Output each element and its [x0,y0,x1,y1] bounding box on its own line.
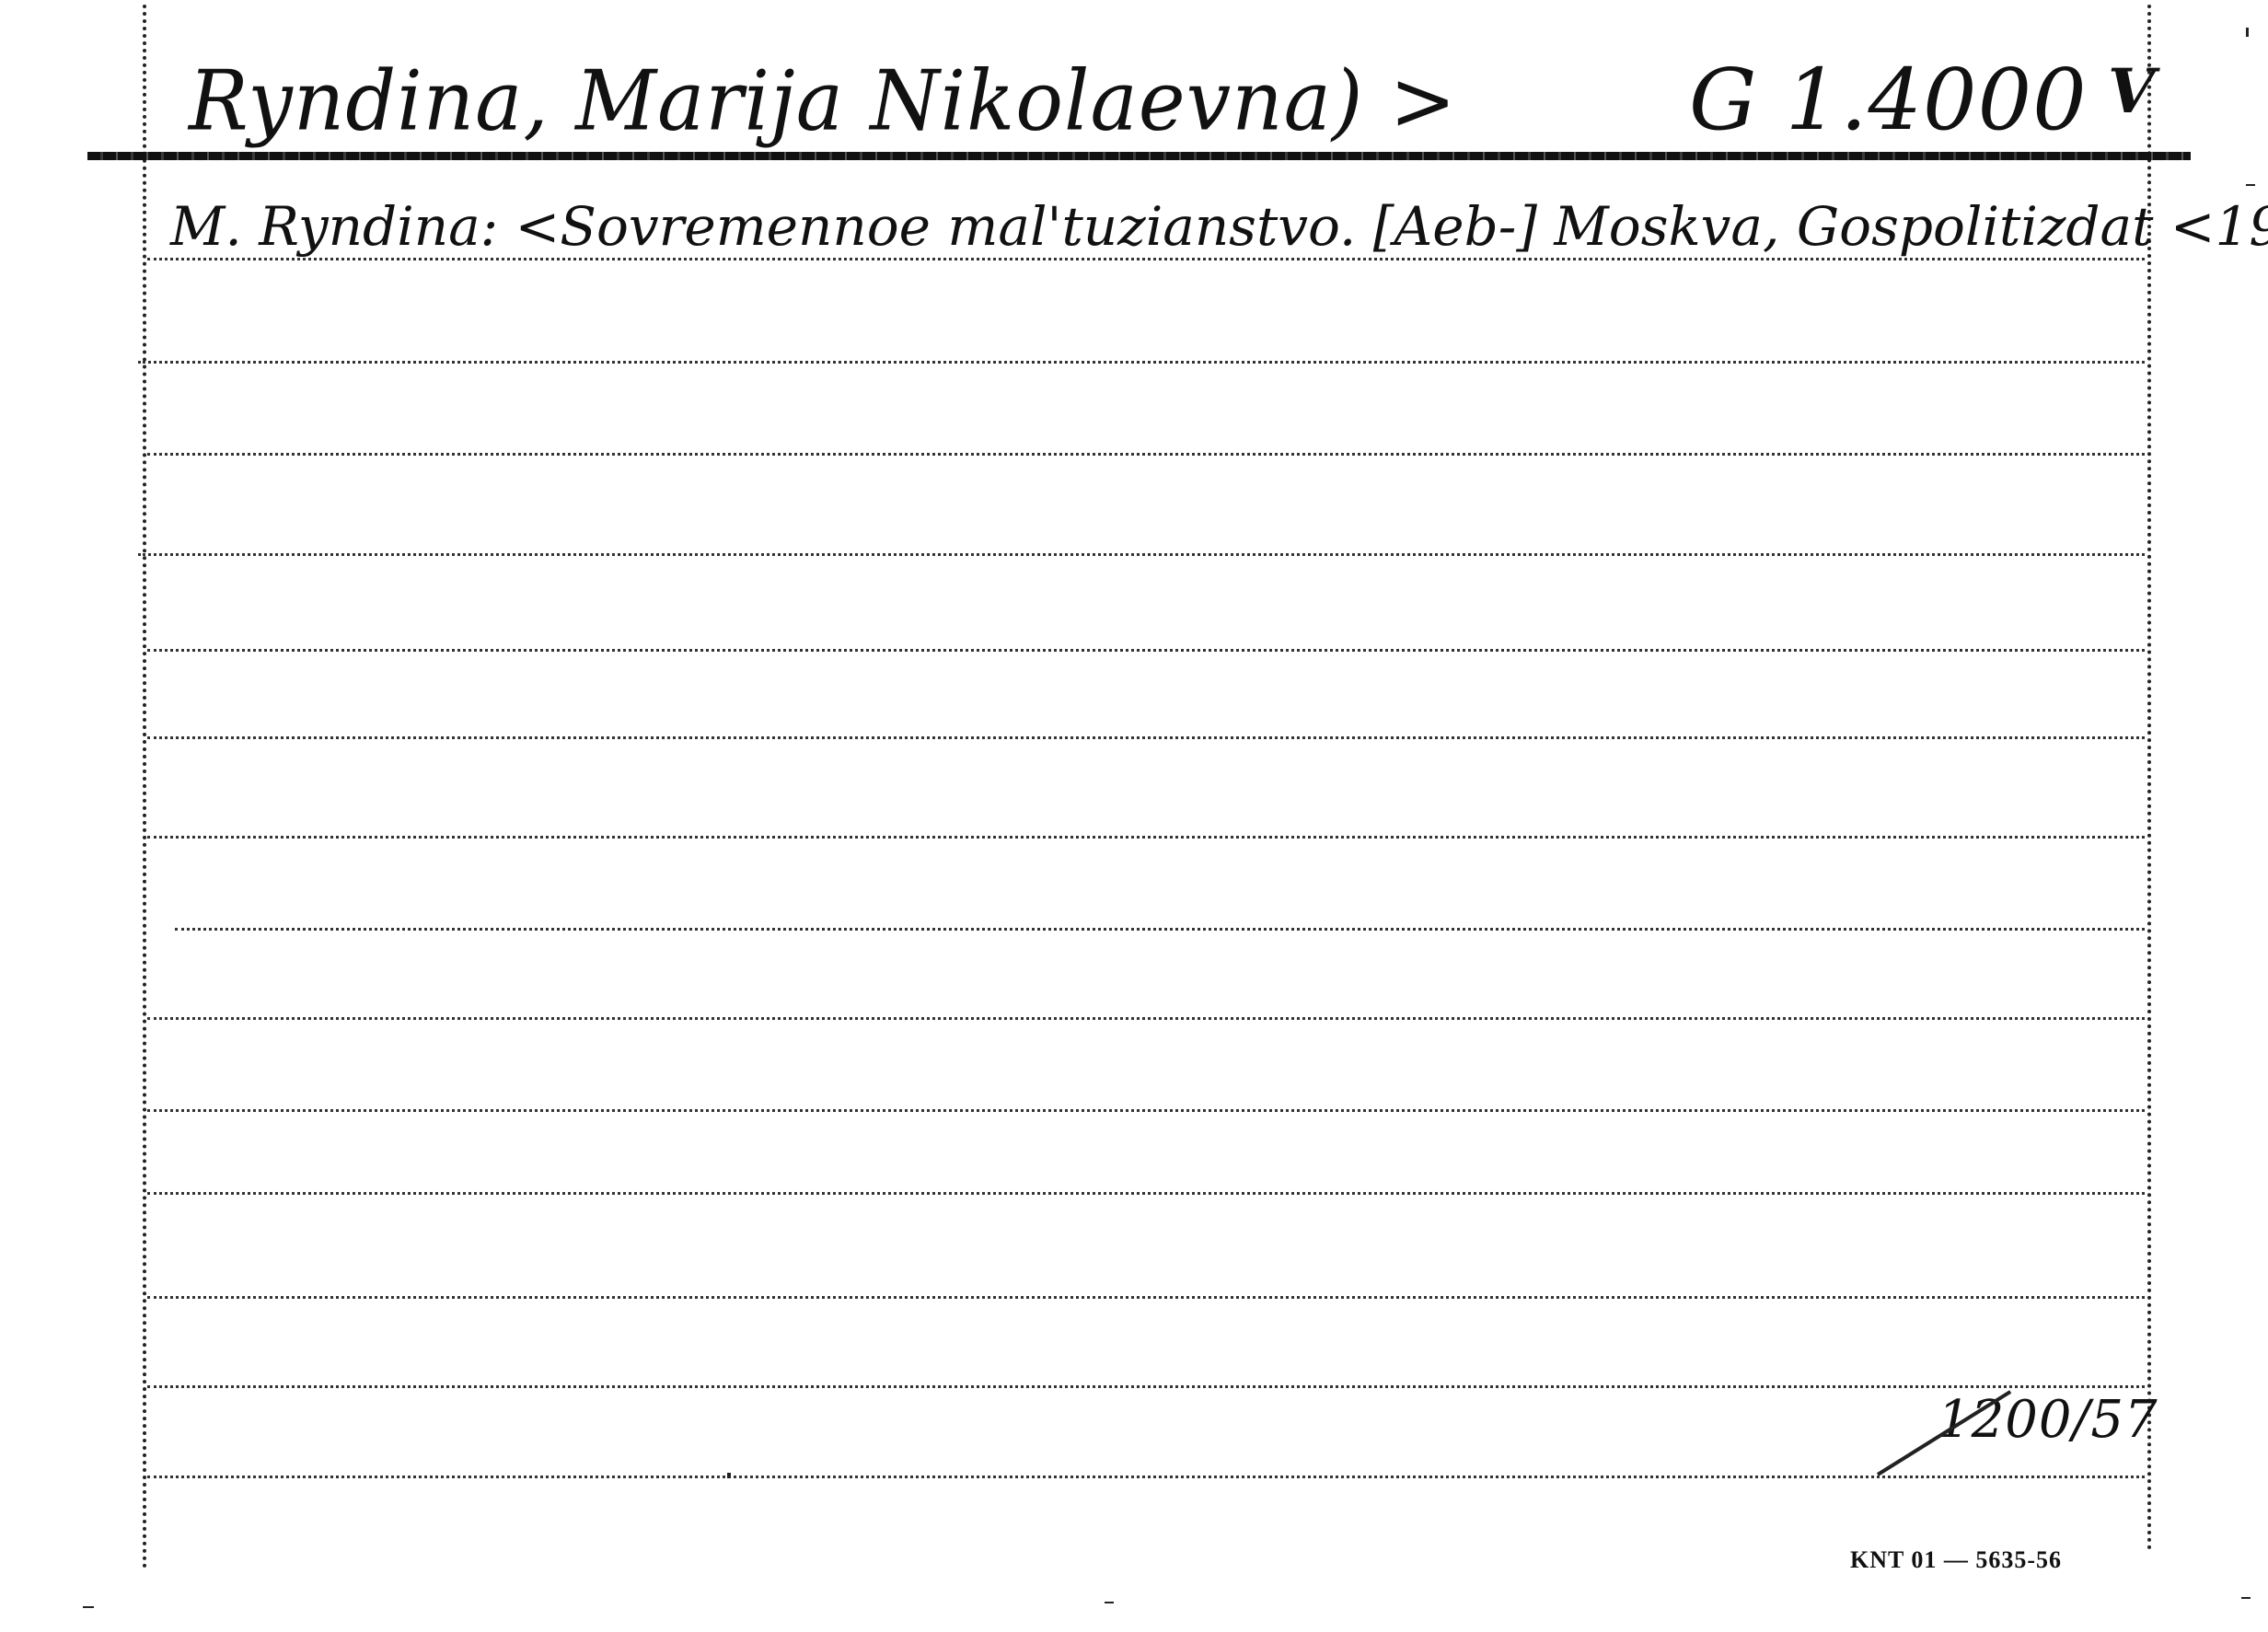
ruled-line [175,928,2145,931]
scan-speck [2241,1597,2251,1599]
ruled-line [147,258,2145,260]
ruled-line [147,1385,2145,1388]
scan-speck [2246,28,2249,37]
ruled-line [147,1109,2145,1112]
scan-speck [2246,184,2255,186]
ruled-line [138,553,2145,556]
ruled-line [147,1296,2145,1299]
card-left-border [143,5,146,1569]
author-heading: Ryndina, Marija Nikolaevna) > [189,53,1457,150]
title-entry: M. Ryndina: <Sovremennoe mal'tuzianstvo.… [170,195,2268,258]
ruled-line [147,736,2145,739]
call-number: G 1.4000 [1689,51,2088,149]
ruled-line [147,1192,2145,1195]
catalog-card: Ryndina, Marija Nikolaevna) > G 1.4000 V… [0,0,2268,1632]
ruled-line [147,453,2145,456]
check-mark: V [2108,55,2156,127]
ruled-line [147,1476,2145,1478]
scan-speck [727,1473,731,1478]
accession-number: 1200/57 [1938,1390,2158,1450]
ruled-line [147,836,2145,839]
ruled-line [147,649,2145,652]
ruled-line [138,361,2145,364]
heading-rule [87,152,2191,160]
scan-speck [83,1606,94,1608]
scan-speck [1105,1602,1114,1603]
ruled-line [147,1017,2145,1020]
printer-code: KNT 01 — 5635-56 [1850,1546,2062,1574]
